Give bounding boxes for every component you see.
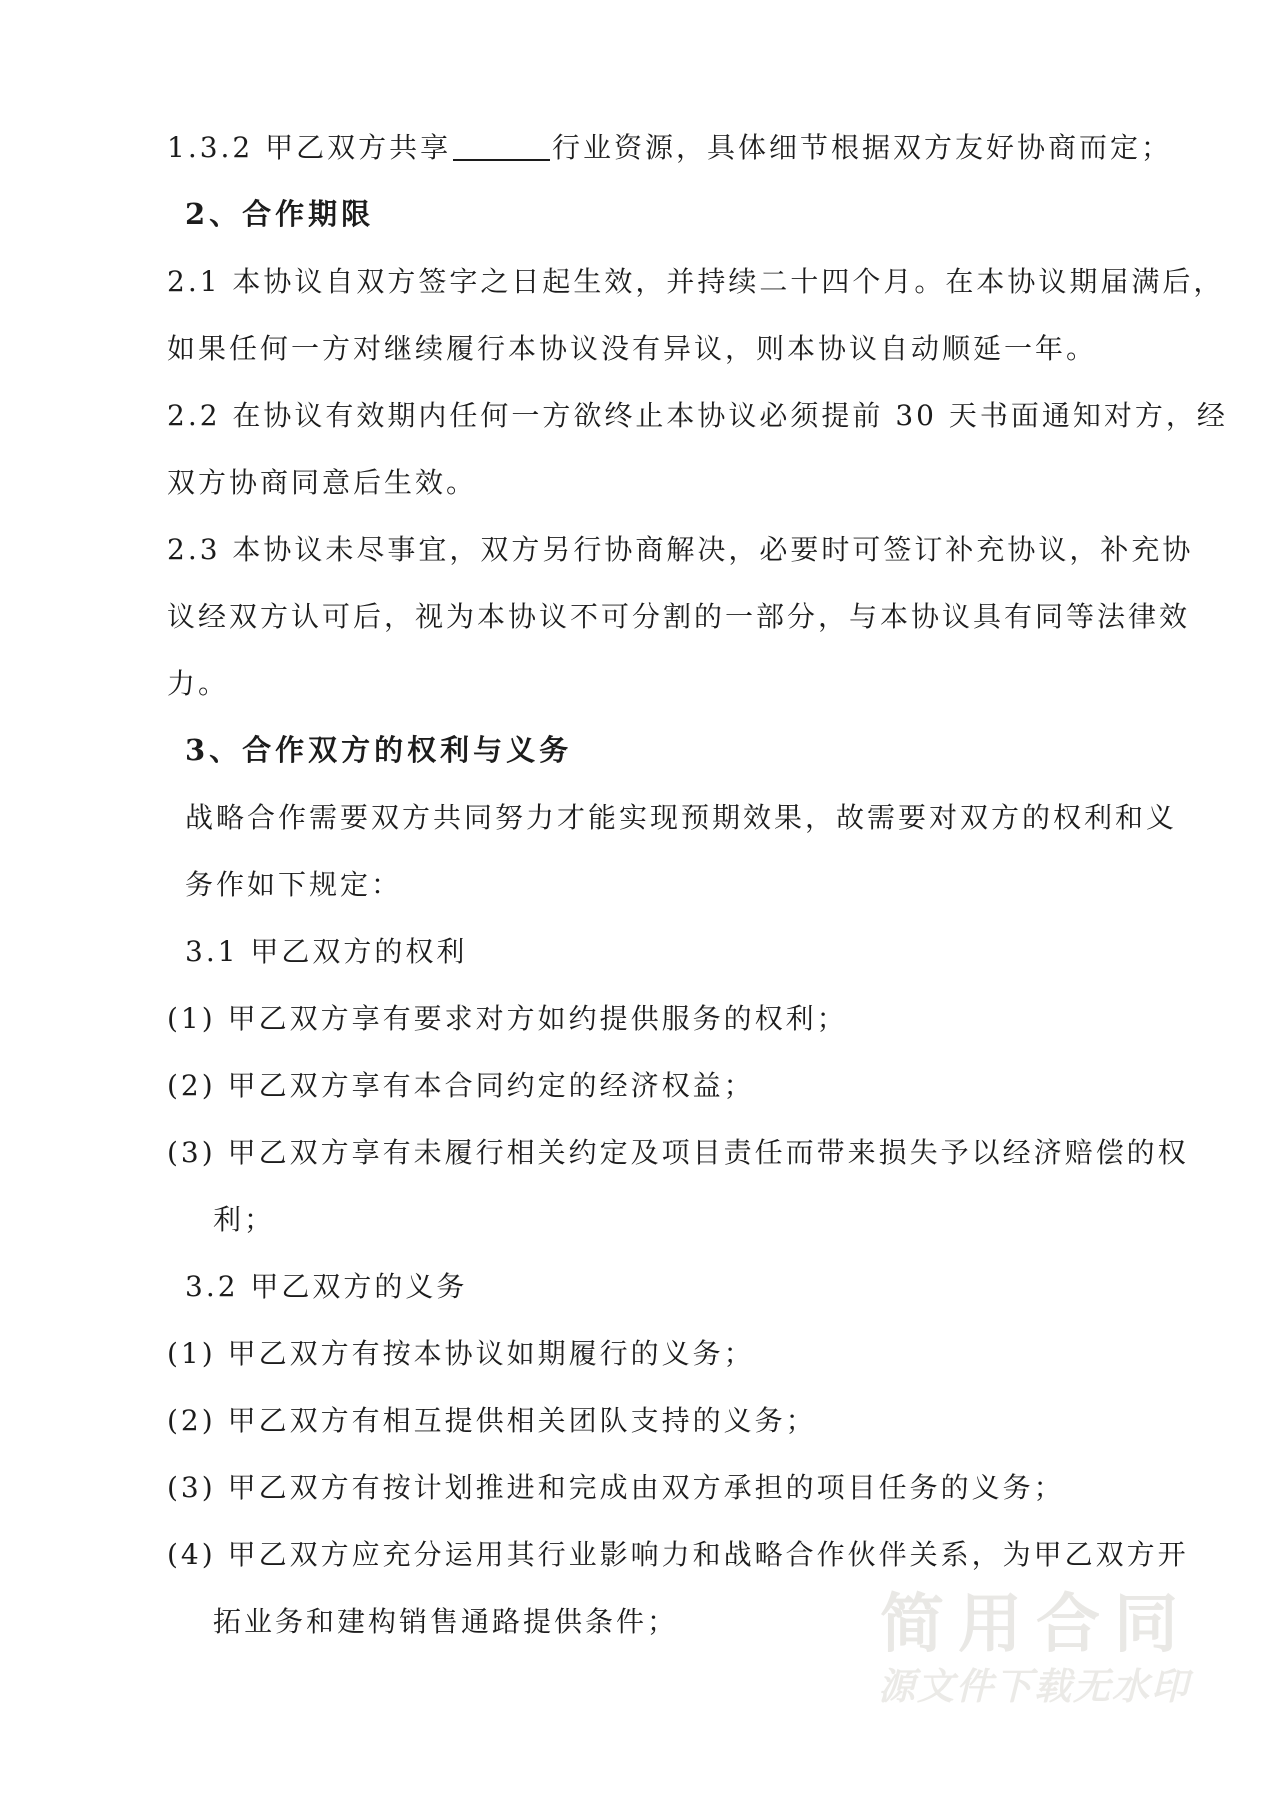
fill-in-blank (453, 130, 550, 161)
clause-3-1-item-3: (3) 甲乙双方享有未履行相关约定及项目责任而带来损失予以经济赔偿的权 (167, 1117, 1172, 1184)
section-3-intro-line-2: 务作如下规定： (167, 849, 1172, 916)
clause-3-2-item-2: (2) 甲乙双方有相互提供相关团队支持的义务； (167, 1385, 1172, 1452)
section-3-2-heading: 3.2 甲乙双方的义务 (167, 1251, 1172, 1318)
section-3-1-heading: 3.1 甲乙双方的权利 (167, 916, 1172, 983)
clause-2-3-line-1: 2.3 本协议未尽事宜，双方另行协商解决，必要时可签订补充协议，补充协 (167, 514, 1172, 581)
section-3-intro-line-1: 战略合作需要双方共同努力才能实现预期效果，故需要对双方的权利和义 (167, 782, 1172, 849)
contract-body: 1.3.2 甲乙双方共享 行业资源，具体细节根据双方友好协商而定； 2、合作期限… (167, 112, 1172, 1653)
document-page: 1.3.2 甲乙双方共享 行业资源，具体细节根据双方友好协商而定； 2、合作期限… (0, 0, 1280, 1810)
watermark-tagline-text: 源文件下载无水印 (878, 1668, 1190, 1705)
clause-3-1-item-2: (2) 甲乙双方享有本合同约定的经济权益； (167, 1050, 1172, 1117)
clause-3-2-item-1: (1) 甲乙双方有按本协议如期履行的义务； (167, 1318, 1172, 1385)
clause-3-2-item-4: (4) 甲乙双方应充分运用其行业影响力和战略合作伙伴关系，为甲乙双方开 (167, 1519, 1172, 1586)
watermark-brand-text: 简用合同 (880, 1592, 1192, 1656)
clause-3-2-item-3: (3) 甲乙双方有按计划推进和完成由双方承担的项目任务的义务； (167, 1452, 1172, 1519)
section-2-heading: 2、合作期限 (167, 179, 1172, 246)
clause-1-3-2-suffix: 行业资源，具体细节根据双方友好协商而定； (552, 126, 1172, 166)
clause-2-1-line-1: 2.1 本协议自双方签字之日起生效，并持续二十四个月。在本协议期届满后， (167, 246, 1172, 313)
clause-1-3-2-prefix: 1.3.2 甲乙双方共享 (167, 126, 451, 166)
clause-2-3-line-2: 议经双方认可后，视为本协议不可分割的一部分，与本协议具有同等法律效 (167, 581, 1172, 648)
clause-2-2-line-2: 双方协商同意后生效。 (167, 447, 1172, 514)
clause-3-1-item-1: (1) 甲乙双方享有要求对方如约提供服务的权利； (167, 983, 1172, 1050)
clause-2-1-line-2: 如果任何一方对继续履行本协议没有异议，则本协议自动顺延一年。 (167, 313, 1172, 380)
section-3-heading: 3、合作双方的权利与义务 (167, 715, 1172, 782)
clause-2-2-line-1: 2.2 在协议有效期内任何一方欲终止本协议必须提前 30 天书面通知对方，经 (167, 380, 1172, 447)
clause-3-1-item-3-continuation: 利； (167, 1184, 1172, 1251)
clause-2-3-line-3: 力。 (167, 648, 1172, 715)
clause-1-3-2: 1.3.2 甲乙双方共享 行业资源，具体细节根据双方友好协商而定； (167, 112, 1172, 179)
